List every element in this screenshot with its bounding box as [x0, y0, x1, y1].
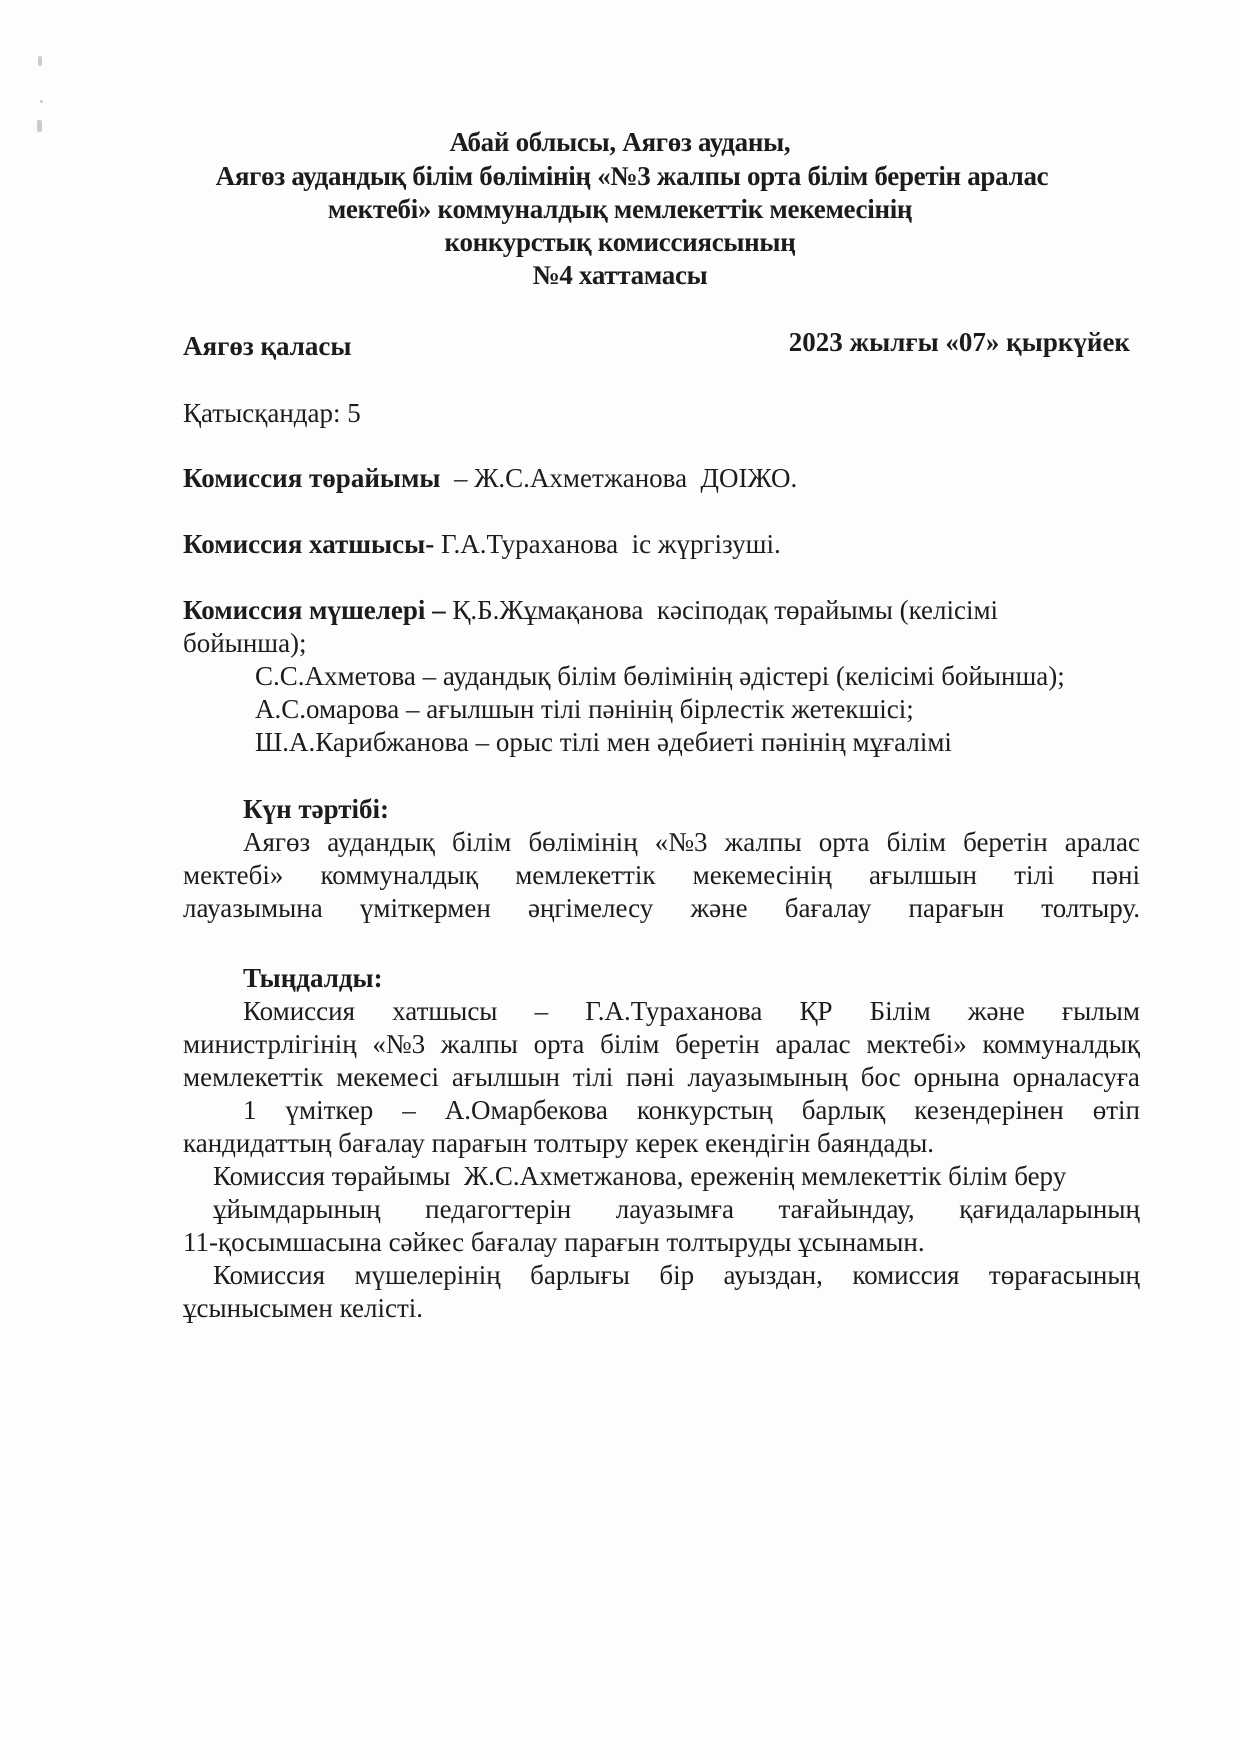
header-line-2: Аягөз аудандық білім бөлімінің «№3 жалпы…	[12, 160, 1240, 192]
word: аралас	[775, 1028, 850, 1060]
word: мектебі»	[183, 859, 283, 891]
commission-members: Комиссия мүшелері – Қ.Б.Жұмақанова кәсіп…	[183, 594, 998, 626]
word: беретін	[963, 826, 1048, 858]
commission-chair: Комиссия төрайымы – Ж.С.Ахметжанова ДОІЖ…	[183, 462, 797, 494]
agenda-line-1: Аягөзаудандықбілімбөлімінің«№3жалпыортаб…	[243, 826, 1140, 858]
participants-count: Қатысқандар: 5	[183, 397, 361, 429]
members-label: Комиссия мүшелері –	[183, 595, 446, 625]
word: ғылым	[1062, 995, 1140, 1027]
word: тілі	[573, 1061, 613, 1093]
heard-line-3: мемлекеттікмекемесіағылшынтіліпәнілауазы…	[183, 1061, 1140, 1093]
word: коммуналдық	[982, 1028, 1140, 1060]
word: және	[968, 995, 1025, 1027]
word: орналасуға	[1013, 1061, 1140, 1093]
chair-value: – Ж.С.Ахметжанова ДОІЖО.	[440, 463, 797, 493]
word: парағын	[909, 892, 1005, 924]
word: ҚР	[799, 995, 832, 1027]
word: лауазымының	[688, 1061, 848, 1093]
chair-label: Комиссия төрайымы	[183, 463, 440, 493]
word: білім	[887, 826, 946, 858]
word: 1	[243, 1094, 257, 1126]
heard-line-8: 11-қосымшасына сәйкес бағалау парағын то…	[183, 1226, 925, 1258]
word: –	[535, 995, 549, 1027]
word: ұйымдарының	[213, 1193, 381, 1225]
word: үміткер	[285, 1094, 373, 1126]
word: ағылшын	[869, 859, 977, 891]
word: лауазымға	[616, 1193, 734, 1225]
members-first: Қ.Б.Жұмақанова кәсіподақ төрайымы (келіс…	[446, 595, 998, 625]
header-line-3: мектебі» коммуналдық мемлекеттік мекемес…	[0, 193, 1240, 225]
secretary-label: Комиссия хатшысы-	[183, 529, 434, 559]
word: лауазымына	[183, 892, 323, 924]
header-line-4: конкурстық комиссиясының	[0, 226, 1240, 258]
word: Білім	[870, 995, 931, 1027]
word: толтыру.	[1041, 892, 1140, 924]
heard-line-5: кандидаттың бағалау парағын толтыру кере…	[183, 1127, 934, 1159]
word: «№3	[372, 1028, 425, 1060]
scan-artifact	[38, 56, 42, 66]
heard-line-2: министрлігінің«№3жалпыортабілімберетінар…	[183, 1028, 1140, 1060]
members-first-cont: бойынша);	[183, 627, 307, 659]
word: қағидаларының	[959, 1193, 1140, 1225]
word: пәні	[626, 1061, 674, 1093]
word: өтіп	[1093, 1094, 1140, 1126]
word: үміткермен	[360, 892, 491, 924]
word: орта	[534, 1028, 585, 1060]
agenda-heading: Күн тәртібі:	[243, 793, 389, 825]
heard-heading: Тыңдалды:	[243, 962, 383, 994]
word: Комиссия	[243, 995, 355, 1027]
heard-line-7: ұйымдарыныңпедагогтерінлауазымғатағайынд…	[213, 1193, 1140, 1225]
member-item: Ш.А.Карибжанова – орыс тілі мен әдебиеті…	[255, 726, 952, 758]
word: аудандық	[327, 826, 435, 858]
word: тағайындау,	[779, 1193, 915, 1225]
header-line-5: №4 хаттамасы	[0, 259, 1240, 291]
word: мемлекеттік	[515, 859, 655, 891]
word: бағалау	[785, 892, 872, 924]
word: –	[402, 1094, 416, 1126]
word: пәні	[1092, 859, 1140, 891]
word: Комиссия	[213, 1259, 325, 1291]
word: А.Омарбекова	[445, 1094, 608, 1126]
word: барлық	[802, 1094, 886, 1126]
word: мүшелерінің	[354, 1259, 500, 1291]
word: жалпы	[725, 826, 802, 858]
word: бөлімінің	[528, 826, 637, 858]
word: мектебі»	[866, 1028, 966, 1060]
place: Аягөз қаласы	[183, 330, 351, 362]
word: барлығы	[530, 1259, 630, 1291]
heard-line-1: Комиссияхатшысы–Г.А.ТурахановаҚРБілімжән…	[243, 995, 1140, 1027]
word: төрағасының	[989, 1259, 1140, 1291]
word: Г.А.Тураханова	[585, 995, 762, 1027]
word: мемлекеттік	[183, 1061, 323, 1093]
word: білім	[452, 826, 511, 858]
word: министрлігінің	[183, 1028, 357, 1060]
word: конкурстың	[637, 1094, 773, 1126]
word: орта	[819, 826, 870, 858]
document-page: Абай облысы, Аягөз ауданы, Аягөз ауданды…	[0, 0, 1240, 1754]
word: ауыздан,	[724, 1259, 823, 1291]
word: әңгімелесу	[528, 892, 653, 924]
word: коммуналдық	[321, 859, 479, 891]
word: педагогтерін	[425, 1193, 571, 1225]
word: ағылшын	[452, 1061, 560, 1093]
word: бос	[861, 1061, 901, 1093]
member-item: А.С.омарова – ағылшын тілі пәнінің бірле…	[255, 693, 914, 725]
commission-secretary: Комиссия хатшысы- Г.А.Тураханова іс жүрг…	[183, 528, 781, 560]
scan-artifact	[40, 100, 43, 103]
word: тілі	[1014, 859, 1054, 891]
word: бір	[659, 1259, 694, 1291]
word: кезендерінен	[914, 1094, 1063, 1126]
word: мекемесі	[336, 1061, 439, 1093]
word: жалпы	[441, 1028, 518, 1060]
date: 2023 жылғы «07» қыркүйек	[789, 326, 1130, 358]
heard-line-10: ұсынысымен келісті.	[183, 1292, 423, 1324]
word: «№3	[655, 826, 708, 858]
word: беретін	[675, 1028, 760, 1060]
word: хатшысы	[392, 995, 497, 1027]
heard-line-4: 1үміткер–А.Омарбековаконкурстыңбарлықкез…	[243, 1094, 1140, 1126]
secretary-value: Г.А.Тураханова іс жүргізуші.	[434, 529, 781, 559]
word: аралас	[1065, 826, 1140, 858]
word: білім	[600, 1028, 659, 1060]
word: Аягөз	[243, 826, 310, 858]
word: комиссия	[852, 1259, 959, 1291]
header-line-1: Абай облысы, Аягөз ауданы,	[0, 126, 1240, 158]
member-item: С.С.Ахметова – аудандық білім бөлімінің …	[255, 660, 1065, 692]
word: мекемесінің	[693, 859, 832, 891]
agenda-line-2: мектебі»коммуналдықмемлекеттікмекемесіні…	[183, 859, 1140, 891]
word: орнына	[914, 1061, 1000, 1093]
heard-line-9: Комиссиямүшелерініңбарлығыбірауыздан,ком…	[213, 1259, 1140, 1291]
heard-line-6: Комиссия төрайымы Ж.С.Ахметжанова, ереже…	[213, 1160, 1066, 1192]
word: және	[690, 892, 747, 924]
agenda-line-3: лауазымынаүміткерменәңгімелесужәнебағала…	[183, 892, 1140, 924]
